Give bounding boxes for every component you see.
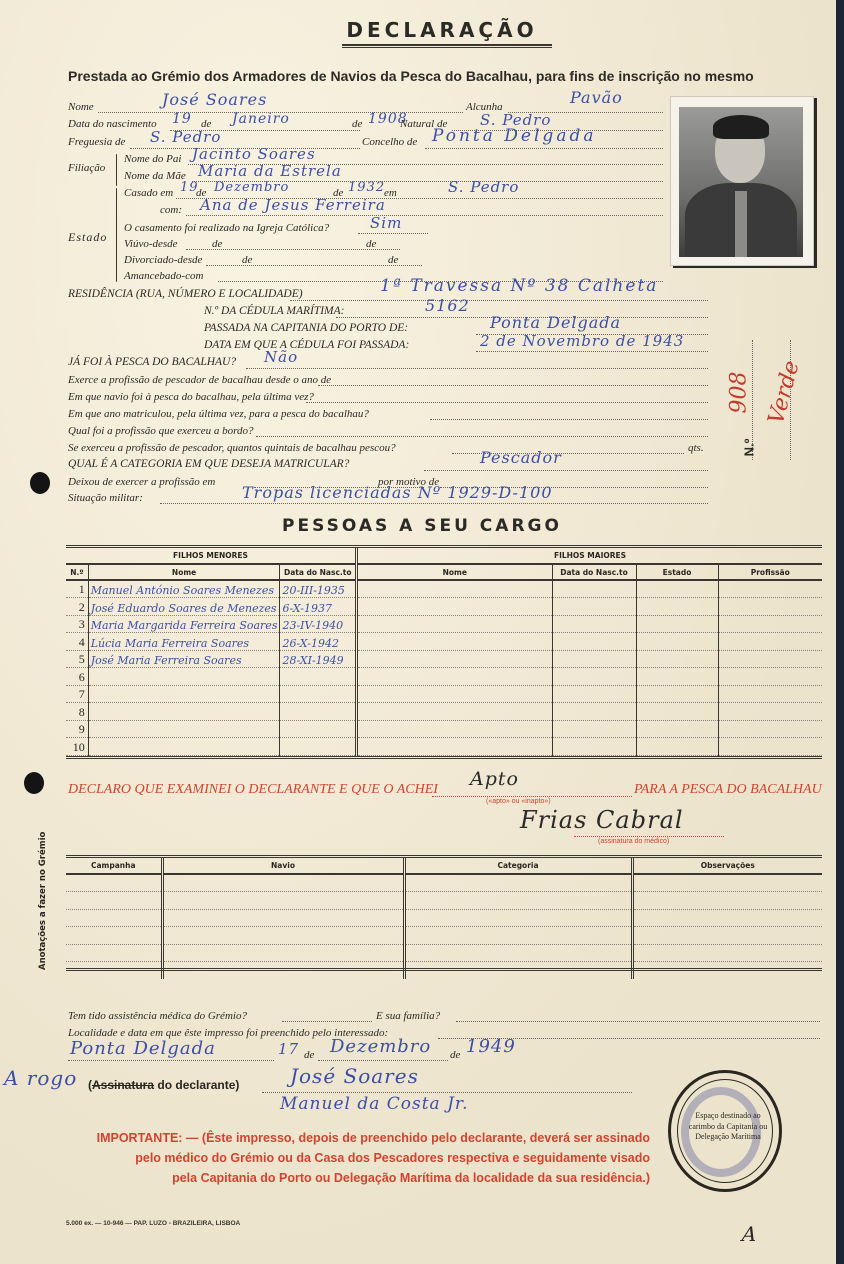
- col-header-nome: Nome: [88, 564, 280, 580]
- casado-mes-field[interactable]: Dezembro: [214, 180, 289, 195]
- col-header-num: N.º: [66, 564, 88, 580]
- side-num-label: N.º: [741, 439, 756, 457]
- categoria-label: QUAL É A CATEGORIA EM QUE DESEJA MATRICU…: [68, 458, 349, 470]
- child-name-cell[interactable]: [88, 738, 280, 756]
- side-num-value: 908: [727, 372, 752, 414]
- child-name-cell[interactable]: [88, 720, 280, 738]
- corner-mark: A: [739, 1222, 760, 1246]
- table-row: 3Maria Margarida Ferreira Soares23-IV-19…: [66, 615, 355, 633]
- child-date-cell[interactable]: 28-XI-1949: [280, 650, 355, 668]
- table-row: 5José Maria Ferreira Soares28-XI-1949: [66, 650, 355, 668]
- col-header-observacoes: Observações: [632, 858, 822, 874]
- cedula-field[interactable]: 5162: [425, 296, 470, 315]
- table-row: [358, 720, 822, 738]
- table-row: [358, 615, 822, 633]
- title-underline: [342, 44, 552, 48]
- table-row: 4Lúcia Maria Ferreira Soares26-X-1942: [66, 633, 355, 651]
- casado-local-field[interactable]: S. Pedro: [448, 178, 519, 196]
- background-edge: [836, 0, 844, 1264]
- print-info: 5.000 ex. — 10-946 — PAP. LUZO - BRAZILE…: [66, 1220, 240, 1227]
- de-label: de: [352, 118, 362, 130]
- data-mes-field[interactable]: Dezembro: [330, 1036, 431, 1057]
- filhos-menores-title: FILHOS MENORES: [66, 548, 355, 564]
- familia-label: E sua família?: [376, 1010, 440, 1022]
- child-name-cell[interactable]: José Maria Ferreira Soares: [88, 650, 280, 668]
- estado-label: Estado: [68, 230, 107, 245]
- alcunha-field[interactable]: Pavão: [570, 88, 623, 107]
- a-rogo-note: A rogo: [4, 1066, 77, 1090]
- amancebado-label: Amancebado-com: [124, 270, 203, 282]
- medico-signature: Frias Cabral: [520, 806, 684, 834]
- data-cedula-field[interactable]: 2 de Novembro de 1943: [480, 332, 684, 350]
- col-header-data: Data do Nasc.to: [552, 564, 636, 580]
- table-row: [66, 962, 822, 980]
- child-date-cell[interactable]: [280, 703, 355, 721]
- data-dia-field[interactable]: 17: [278, 1040, 299, 1058]
- viuvo-label: Viúvo-desde: [124, 238, 178, 250]
- capitania-stamp-area: Espaço destinado ao carimbo da Capitania…: [668, 1070, 782, 1192]
- ja-foi-field[interactable]: Não: [264, 348, 298, 366]
- igreja-field[interactable]: Sim: [370, 214, 402, 232]
- punch-hole: [30, 472, 50, 494]
- child-date-cell[interactable]: 20-III-1935: [280, 580, 355, 598]
- casado-label: Casado em: [124, 187, 173, 199]
- table-row: [358, 650, 822, 668]
- table-row: [358, 668, 822, 686]
- quintais-label: Se exerceu a profissão de pescador, quan…: [68, 442, 396, 454]
- nascimento-dia-field[interactable]: 19: [172, 111, 192, 127]
- medico-signature-hint: (assinatura do médico): [598, 838, 669, 845]
- table-row: [66, 944, 822, 962]
- declarante-signature[interactable]: José Soares: [290, 1064, 419, 1088]
- desde-label: Exerce a profissão de pescador de bacalh…: [68, 374, 331, 386]
- side-word: Verde: [764, 358, 805, 427]
- filhos-maiores-title: FILHOS MAIORES: [358, 548, 822, 564]
- militar-field[interactable]: Tropas licenciadas Nº 1929-D-100: [242, 483, 553, 502]
- concelho-field[interactable]: Ponta Delgada: [432, 126, 596, 146]
- col-header-estado: Estado: [636, 564, 718, 580]
- quintais-unit: qts.: [688, 442, 704, 454]
- child-name-cell[interactable]: [88, 668, 280, 686]
- divorciado-label: Divorciado-desde: [124, 254, 202, 266]
- capitania-field[interactable]: Ponta Delgada: [490, 313, 621, 332]
- child-name-cell[interactable]: Maria Margarida Ferreira Soares: [88, 615, 280, 633]
- rogo-signature: Manuel da Costa Jr.: [280, 1094, 469, 1114]
- nome-label: Nome: [68, 101, 94, 113]
- apto-hint: («apto» ou «inapto»): [486, 798, 551, 805]
- child-name-cell[interactable]: [88, 703, 280, 721]
- child-date-cell[interactable]: [280, 685, 355, 703]
- col-header-campanha: Campanha: [66, 858, 162, 874]
- data-cedula-label: DATA EM QUE A CÉDULA FOI PASSADA:: [204, 339, 409, 351]
- nascimento-label: Data do nascimento: [68, 118, 157, 130]
- child-name-cell[interactable]: José Eduardo Soares de Menezes: [88, 598, 280, 616]
- col-header-navio: Navio: [162, 858, 404, 874]
- capitania-label: PASSADA NA CAPITANIA DO PORTO DE:: [204, 322, 408, 334]
- table-row: [66, 892, 822, 910]
- de-label: de: [212, 238, 222, 250]
- table-row: 1Manuel António Soares Menezes20-III-193…: [66, 580, 355, 598]
- col-header-data: Data do Nasc.to: [280, 564, 355, 580]
- com-label: com:: [160, 204, 182, 216]
- table-row: 9: [66, 720, 355, 738]
- important-notice: IMPORTANTE: — (Êste impresso, depois de …: [66, 1128, 650, 1188]
- table-row: [358, 685, 822, 703]
- anotacoes-side-label: Anotações a fazer no Grémio: [36, 862, 56, 972]
- table-row: 2José Eduardo Soares de Menezes6-X-1937: [66, 598, 355, 616]
- document-subtitle: Prestada ao Grémio dos Armadores de Navi…: [68, 68, 754, 84]
- child-date-cell[interactable]: 26-X-1942: [280, 633, 355, 651]
- conjuge-field[interactable]: Ana de Jesus Ferreira: [200, 196, 386, 214]
- child-date-cell[interactable]: 23-IV-1940: [280, 615, 355, 633]
- table-row: [358, 633, 822, 651]
- assinatura-declarante-label: (Assinatura do declarante): [88, 1078, 239, 1092]
- child-date-cell[interactable]: [280, 668, 355, 686]
- de-label: de: [304, 1049, 314, 1061]
- child-name-cell[interactable]: Manuel António Soares Menezes: [88, 580, 280, 598]
- freguesia-field[interactable]: S. Pedro: [150, 128, 221, 146]
- militar-label: Situação militar:: [68, 492, 143, 504]
- assistencia-label: Tem tido assistência médica do Grémio?: [68, 1010, 247, 1022]
- ja-foi-label: JÁ FOI À PESCA DO BACALHAU?: [68, 356, 236, 368]
- para-pesca-label: PARA A PESCA DO BACALHAU: [634, 782, 822, 798]
- declaration-form-page: DECLARAÇÃO Prestada ao Grémio dos Armado…: [0, 0, 836, 1264]
- table-row: 10: [66, 738, 355, 756]
- navio-label: Em que navio foi à pesca do bacalhau, pe…: [68, 391, 314, 403]
- dependents-table: FILHOS MENORES N.º Nome Data do Nasc.to …: [66, 545, 822, 759]
- table-row: [358, 598, 822, 616]
- filiacao-label: Filiação: [68, 162, 105, 174]
- residencia-label: RESIDÊNCIA (RUA, NÚMERO E LOCALIDADE): [68, 288, 303, 300]
- pai-field[interactable]: Jacinto Soares: [192, 145, 316, 163]
- child-date-cell[interactable]: [280, 738, 355, 756]
- punch-hole: [24, 772, 44, 794]
- declaro-label: DECLARO QUE EXAMINEI O DECLARANTE E QUE …: [68, 782, 438, 798]
- deixou-label: Deixou de exercer a profissão em: [68, 476, 215, 488]
- freguesia-label: Freguesia de: [68, 136, 125, 148]
- child-name-cell[interactable]: Lúcia Maria Ferreira Soares: [88, 633, 280, 651]
- table-row: [66, 874, 822, 892]
- igreja-label: O casamento foi realizado na Igreja Cató…: [124, 222, 329, 234]
- table-row: 8: [66, 703, 355, 721]
- mae-label: Nome da Mãe: [124, 170, 186, 182]
- table-row: [358, 738, 822, 756]
- matriculou-label: Em que ano matriculou, pela última vez, …: [68, 408, 369, 420]
- cedula-label: N.º DA CÉDULA MARÍTIMA:: [204, 305, 345, 317]
- portrait-photo: [670, 96, 814, 266]
- table-row: [358, 580, 822, 598]
- categoria-field[interactable]: Pescador: [480, 448, 562, 467]
- col-header-categoria: Categoria: [404, 858, 632, 874]
- table-row: [66, 927, 822, 945]
- data-ano-field[interactable]: 1949: [466, 1036, 516, 1057]
- nascimento-mes-field[interactable]: Janeiro: [232, 111, 290, 127]
- pai-label: Nome do Pai: [124, 153, 181, 165]
- casado-ano-field[interactable]: 1932: [348, 180, 385, 195]
- col-header-profissao: Profissão: [718, 564, 822, 580]
- table-row: [358, 703, 822, 721]
- document-title: DECLARAÇÃO: [0, 18, 844, 42]
- col-header-nome: Nome: [358, 564, 552, 580]
- child-name-cell[interactable]: [88, 685, 280, 703]
- anotacoes-table: Campanha Navio Categoria Observações: [66, 855, 822, 971]
- table-row: [66, 909, 822, 927]
- localidade-field[interactable]: Ponta Delgada: [70, 1038, 216, 1059]
- table-row: 7: [66, 685, 355, 703]
- de-label: de: [450, 1049, 460, 1061]
- apto-field[interactable]: Apto: [470, 768, 519, 790]
- dependents-section-title: PESSOAS A SEU CARGO: [0, 516, 844, 536]
- concelho-label: Concelho de: [362, 136, 417, 148]
- de-label: de: [366, 238, 376, 250]
- residencia-field[interactable]: 1ª Travessa Nº 38 Calheta: [380, 276, 658, 296]
- de-label: de: [242, 254, 252, 266]
- nome-field[interactable]: José Soares: [162, 90, 267, 109]
- profissao-bordo-label: Qual foi a profissão que exerceu a bordo…: [68, 425, 253, 437]
- child-date-cell[interactable]: [280, 720, 355, 738]
- de-label: de: [388, 254, 398, 266]
- table-row: 6: [66, 668, 355, 686]
- mae-field[interactable]: Maria da Estrela: [198, 162, 342, 180]
- child-date-cell[interactable]: 6-X-1937: [280, 598, 355, 616]
